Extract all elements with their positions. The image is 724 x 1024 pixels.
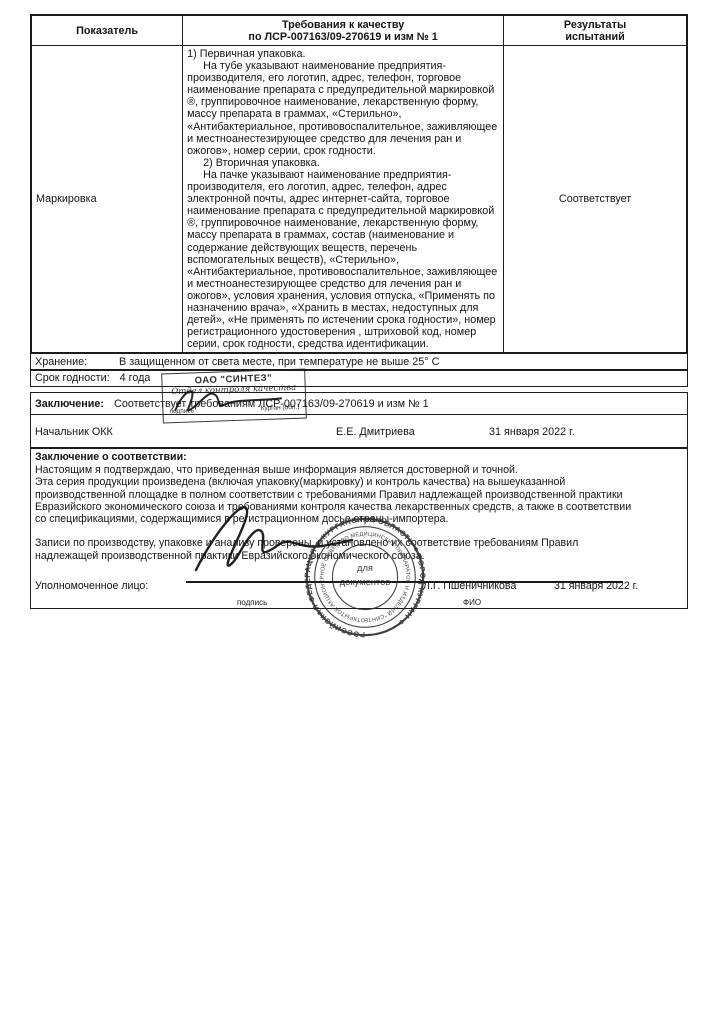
header-indicator: Показатель [32, 16, 183, 45]
okk-date: 31 января 2022 г. [489, 426, 575, 438]
okk-title: Начальник ОКК [35, 426, 113, 438]
round-stamp-center-line1: для [357, 563, 373, 573]
table-row-marking: Маркировка 1) Первичная упаковка. На туб… [32, 46, 686, 352]
requirement-paragraph: На тубе указывают наименование предприят… [187, 60, 499, 157]
storage-row: Хранение: В защищенном от света месте, п… [30, 353, 688, 371]
conformity-paragraph-1: Настоящим я подтверждаю, что приведенная… [35, 464, 643, 476]
storage-value: В защищенном от света месте, при темпера… [119, 356, 439, 368]
authorized-date: 31 января 2022 г. [554, 580, 638, 592]
header-results-line2: испытаний [508, 31, 682, 43]
quality-table: Показатель Требования к качеству по ЛСР-… [30, 14, 688, 354]
header-results-line1: Результаты [508, 19, 682, 31]
okk-signature-scribble-icon [168, 378, 299, 421]
round-stamp-center-line2: документов [340, 577, 391, 587]
okk-department-stamp: ОАО "СИНТЕЗ" Отдел контроля качества под… [161, 369, 307, 424]
round-company-stamp: РОССИЙСКАЯ ФЕДЕРАЦИЯ ⁕ КУРГАНСКАЯ ОБЛАСТ… [296, 508, 434, 646]
requirements-cell: 1) Первичная упаковка. На тубе указывают… [183, 46, 504, 352]
indicator-cell: Маркировка [32, 46, 183, 352]
table-header-row: Показатель Требования к качеству по ЛСР-… [32, 16, 686, 46]
storage-label: Хранение: [35, 356, 119, 368]
header-requirements-line1: Требования к качеству [187, 19, 499, 31]
authorized-person-label: Уполномоченное лицо: [35, 580, 148, 592]
okk-signature-row: Начальник ОКК Е.Е. Дмитриева 31 января 2… [30, 414, 688, 449]
conclusion-row: Заключение: Соответствует требованиям ЛС… [30, 392, 688, 415]
requirement-paragraph: На пачке указывают наименование предприя… [187, 169, 499, 350]
header-requirements: Требования к качеству по ЛСР-007163/09-2… [183, 16, 504, 45]
shelf-life-label: Срок годности: [35, 372, 110, 384]
document-page: Показатель Требования к качеству по ЛСР-… [0, 0, 724, 1024]
shelf-life-row: Срок годности: 4 года [30, 369, 688, 387]
header-requirements-line2: по ЛСР-007163/09-270619 и изм № 1 [187, 31, 499, 43]
result-cell: Соответствует [504, 46, 686, 352]
conclusion-label: Заключение: [35, 398, 104, 410]
shelf-life-value: 4 года [120, 372, 151, 384]
name-caption: ФИО [463, 598, 481, 607]
requirement-paragraph: 1) Первичная упаковка. [187, 48, 499, 60]
requirement-paragraph: 2) Вторичная упаковка. [187, 157, 499, 169]
signature-caption: подпись [237, 598, 267, 607]
header-results: Результаты испытаний [504, 16, 686, 45]
conformity-title: Заключение о соответствии: [35, 451, 683, 463]
authorized-person-name: Л.Г. Пшеничникова [423, 580, 516, 592]
okk-name: Е.Е. Дмитриева [336, 426, 415, 438]
